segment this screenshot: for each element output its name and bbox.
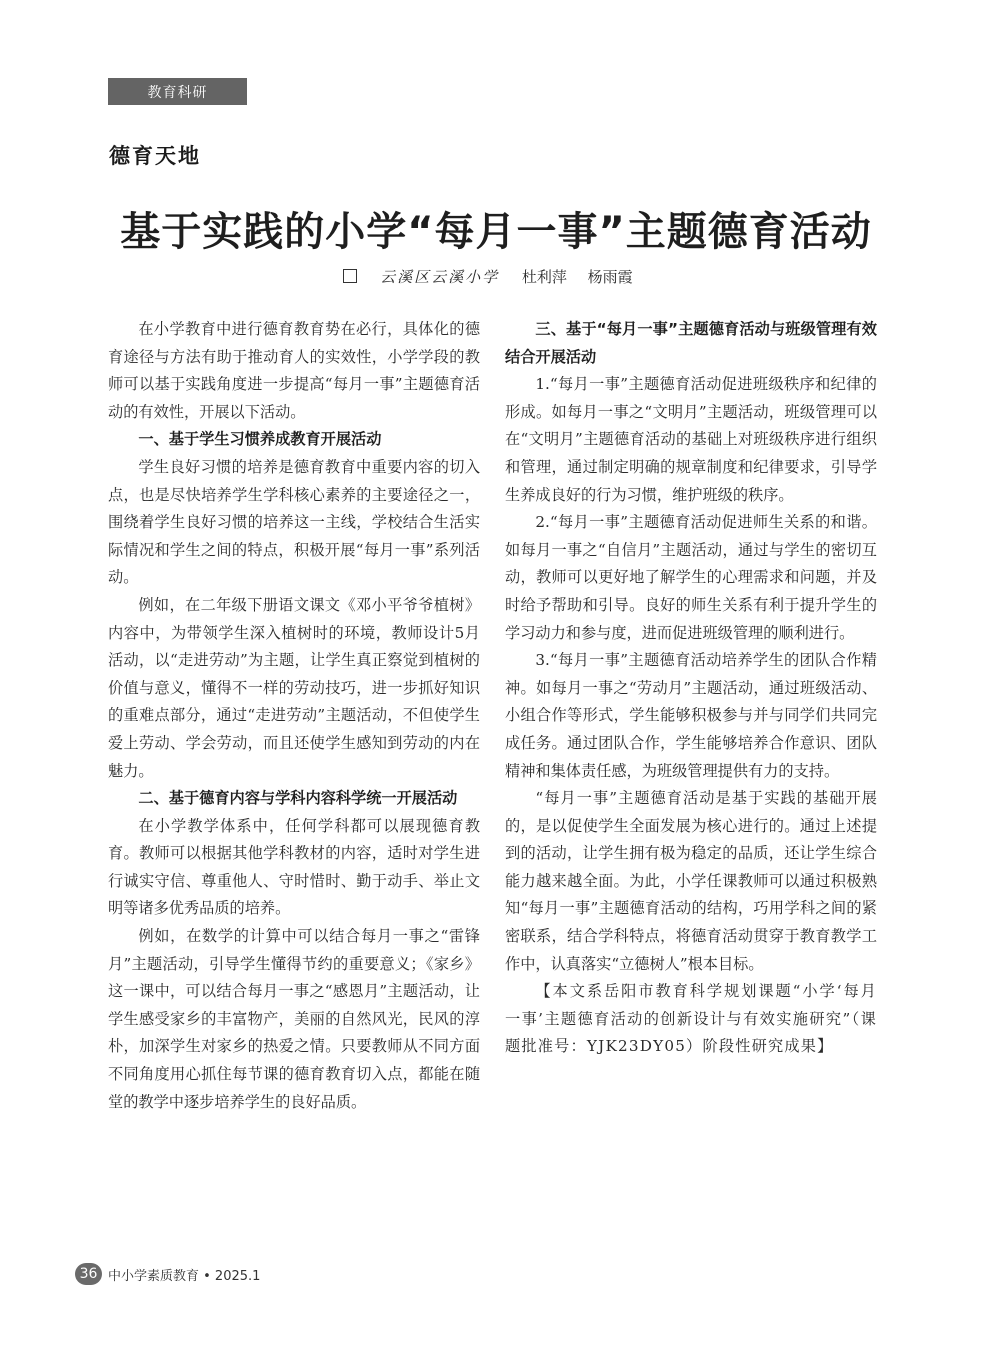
journal-name: 中小学素质教育 • 2025.1 bbox=[108, 1265, 260, 1284]
article-title: 基于实践的小学“每月一事”主题德育活动 bbox=[0, 200, 992, 257]
section-heading: 一、基于学生习惯养成教育开展活动 bbox=[108, 426, 480, 454]
page-footer: 36 中小学素质教育 • 2025.1 bbox=[75, 1263, 260, 1285]
paragraph: “每月一事”主题德育活动是基于实践的基础开展的，是以促使学生全面发展为核心进行的… bbox=[505, 785, 877, 978]
section-heading: 三、基于“每月一事”主题德育活动与班级管理有效结合开展活动 bbox=[505, 316, 877, 371]
page-number: 36 bbox=[75, 1263, 102, 1285]
paragraph-body: 如每月一事之“劳动月”主题活动，通过班级活动、小组合作等形式，学生能够积极参与并… bbox=[505, 679, 877, 780]
paragraph-body: 如每月一事之“文明月”主题活动，班级管理可以在“文明月”主题德育活动的基础上对班… bbox=[505, 403, 877, 504]
author-name: 杜利萍 bbox=[522, 268, 567, 286]
paragraph-body: 如每月一事之“自信月”主题活动，通过与学生的密切互动，教师可以更好地了解学生的心… bbox=[505, 541, 877, 642]
square-bullet-icon bbox=[343, 269, 357, 283]
section-heading: 二、基于德育内容与学科内容科学统一开展活动 bbox=[108, 785, 480, 813]
paragraph: 例如，在二年级下册语文课文《邓小平爷爷植树》内容中，为带领学生深入植树时的环境，… bbox=[108, 592, 480, 785]
section-tag: 教育科研 bbox=[108, 78, 247, 105]
byline: 云溪区云溪小学 杜利萍 杨雨霞 bbox=[0, 266, 992, 287]
author-school: 云溪区云溪小学 bbox=[380, 268, 499, 286]
right-column: 三、基于“每月一事”主题德育活动与班级管理有效结合开展活动 1.“每月一事”主题… bbox=[505, 316, 877, 1061]
paragraph: 在小学教学体系中，任何学科都可以展现德育教育。教师可以根据其他学科教材的内容，适… bbox=[108, 813, 480, 923]
left-column: 在小学教育中进行德育教育势在必行，具体化的德育途径与方法有助于推动育人的实效性，… bbox=[108, 316, 480, 1116]
paragraph: 学生良好习惯的培养是德育教育中重要内容的切入点，也是尽快培养学生学科核心素养的主… bbox=[108, 454, 480, 592]
author-name: 杨雨霞 bbox=[588, 268, 633, 286]
paragraph: 1.“每月一事”主题德育活动促进班级秩序和纪律的形成。如每月一事之“文明月”主题… bbox=[505, 371, 877, 509]
paragraph: 例如，在数学的计算中可以结合每月一事之“雷锋月”主题活动，引导学生懂得节约的重要… bbox=[108, 923, 480, 1116]
paragraph: 3.“每月一事”主题德育活动培养学生的团队合作精神。如每月一事之“劳动月”主题活… bbox=[505, 647, 877, 785]
column-name: 德育天地 bbox=[109, 140, 201, 170]
subheading: 2.“每月一事”主题德育活动促进师生关系的和谐。 bbox=[535, 513, 877, 531]
paragraph: 2.“每月一事”主题德育活动促进师生关系的和谐。如每月一事之“自信月”主题活动，… bbox=[505, 509, 877, 647]
paragraph: 在小学教育中进行德育教育势在必行，具体化的德育途径与方法有助于推动育人的实效性，… bbox=[108, 316, 480, 426]
funding-note: 【本文系岳阳市教育科学规划课题“小学‘每月一事’主题德育活动的创新设计与有效实施… bbox=[505, 978, 877, 1061]
